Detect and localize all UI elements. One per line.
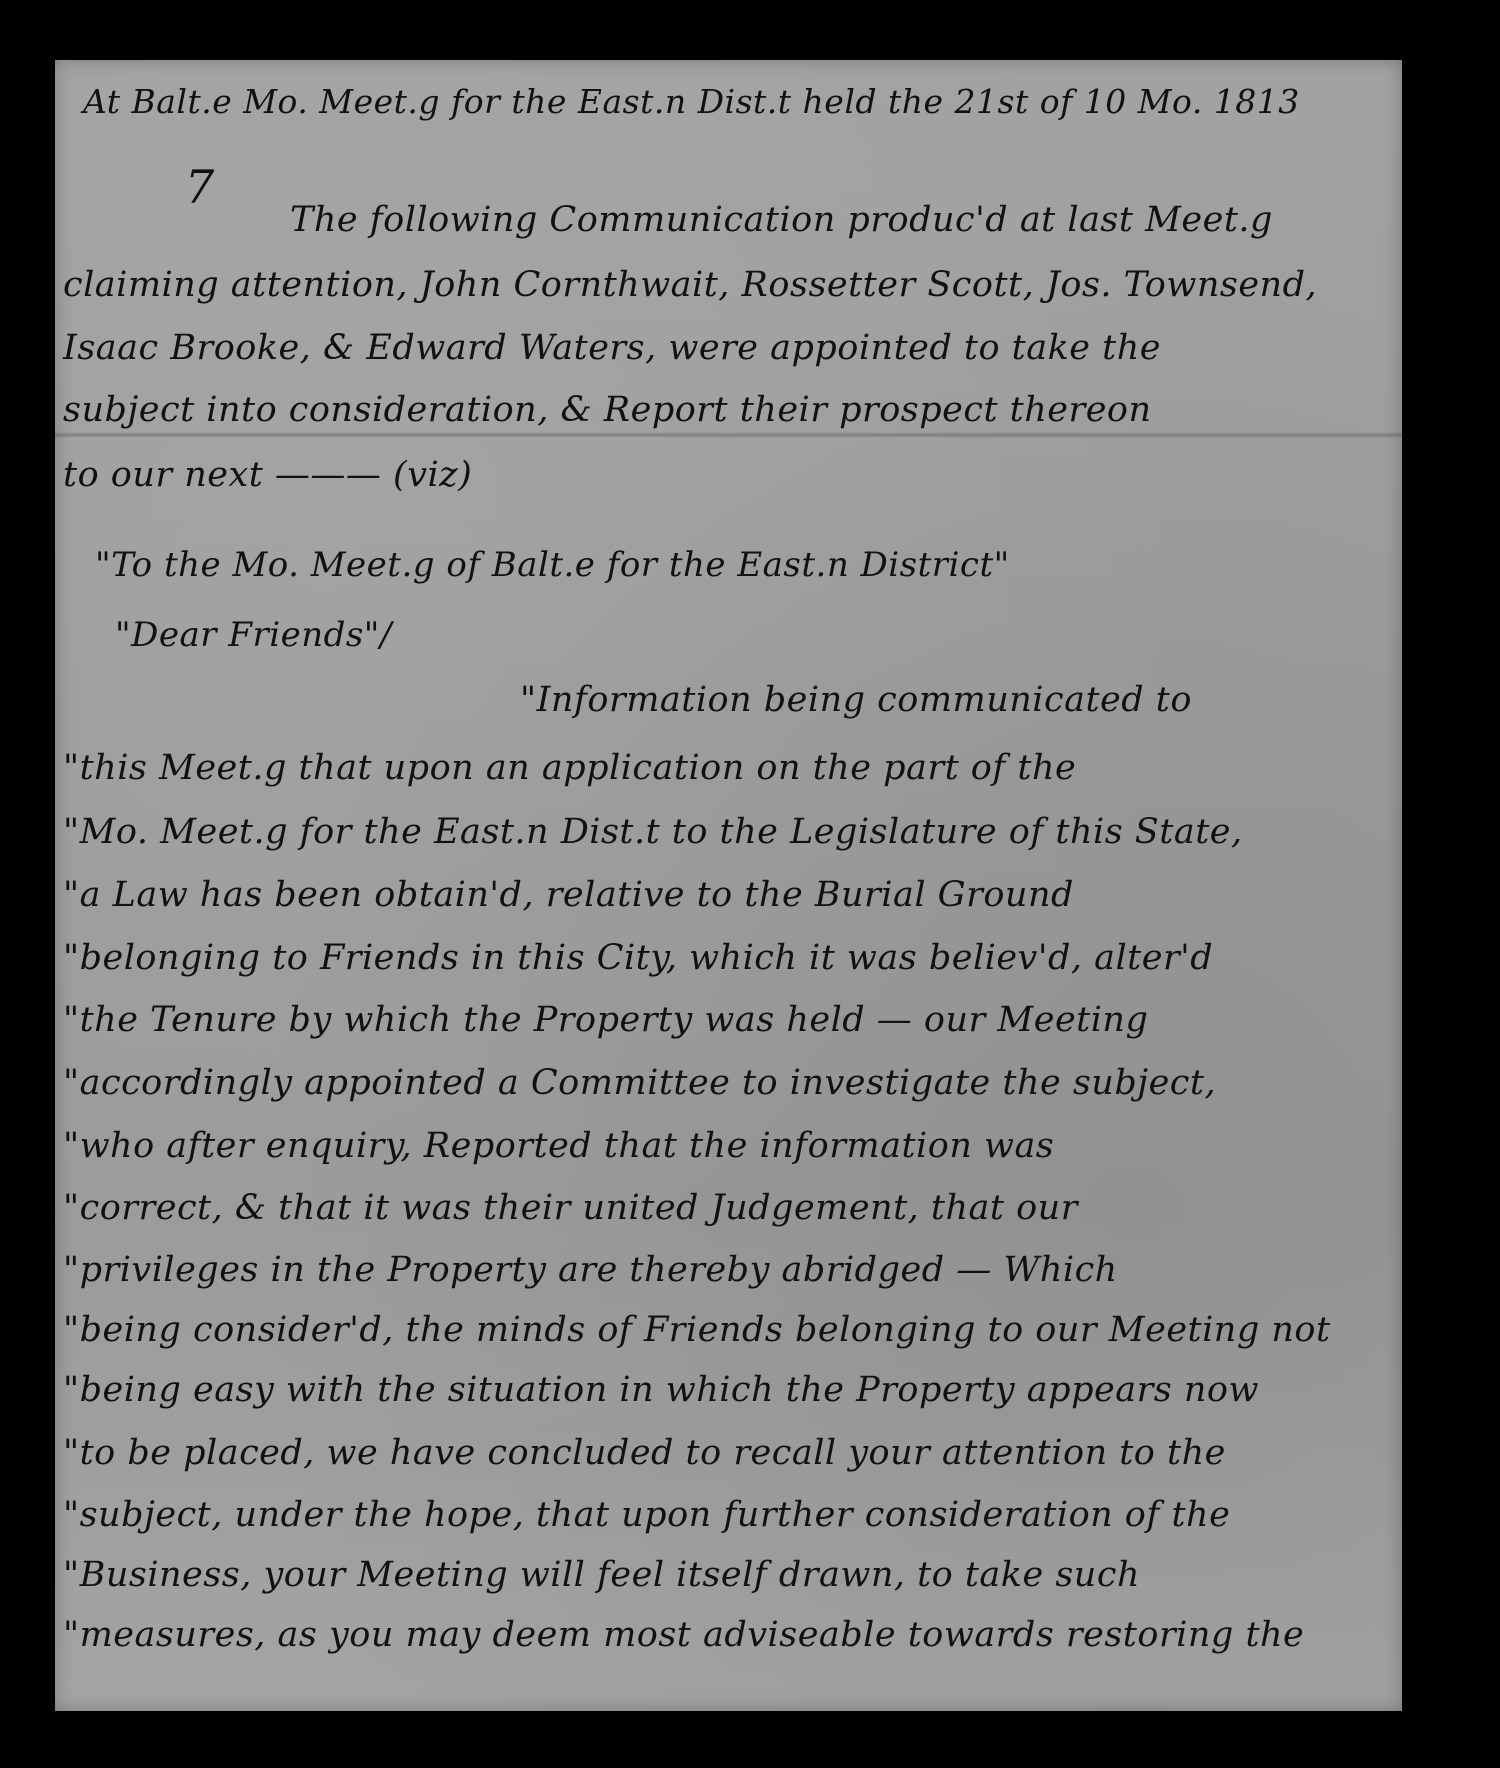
text-line-17: "privileges in the Property are thereby … [63,1250,1118,1290]
text-line-9: "this Meet.g that upon an application on… [63,748,1076,788]
text-line-19: "being easy with the situation in which … [63,1370,1259,1410]
text-line-4: subject into consideration, & Report the… [63,390,1152,430]
fold-crease [55,432,1402,438]
minute-heading: At Balt.e Mo. Meet.g for the East.n Dist… [83,82,1300,121]
text-line-10: "Mo. Meet.g for the East.n Dist.t to the… [63,812,1243,852]
text-line-21: "subject, under the hope, that upon furt… [63,1495,1230,1535]
text-line-11: "a Law has been obtain'd, relative to th… [63,875,1074,915]
text-line-16: "correct, & that it was their united Jud… [63,1188,1078,1228]
text-line-15: "who after enquiry, Reported that the in… [63,1126,1054,1166]
text-line-20: "to be placed, we have concluded to reca… [63,1433,1226,1473]
text-line-13: "the Tenure by which the Property was he… [63,1000,1148,1040]
folio-number: 7 [185,160,214,214]
address-line: "To the Mo. Meet.g of Balt.e for the Eas… [95,545,1010,585]
text-line-12: "belonging to Friends in this City, whic… [63,938,1213,978]
text-line-2: claiming attention, John Cornthwait, Ros… [63,265,1317,305]
text-line-5: to our next ——— (viz) [63,455,472,495]
manuscript-page: At Balt.e Mo. Meet.g for the East.n Dist… [55,60,1402,1711]
text-line-23: "measures, as you may deem most adviseab… [63,1615,1304,1655]
text-line-18: "being consider'd, the minds of Friends … [63,1310,1331,1350]
text-line-1: The following Communication produc'd at … [290,200,1273,240]
scan-background: At Balt.e Mo. Meet.g for the East.n Dist… [0,0,1500,1768]
salutation-line: "Dear Friends"/ [115,615,392,655]
text-line-22: "Business, your Meeting will feel itself… [63,1555,1140,1595]
text-line-3: Isaac Brooke, & Edward Waters, were appo… [63,328,1161,368]
text-line-8: "Information being communicated to [520,680,1192,720]
text-line-14: "accordingly appointed a Committee to in… [63,1063,1216,1103]
